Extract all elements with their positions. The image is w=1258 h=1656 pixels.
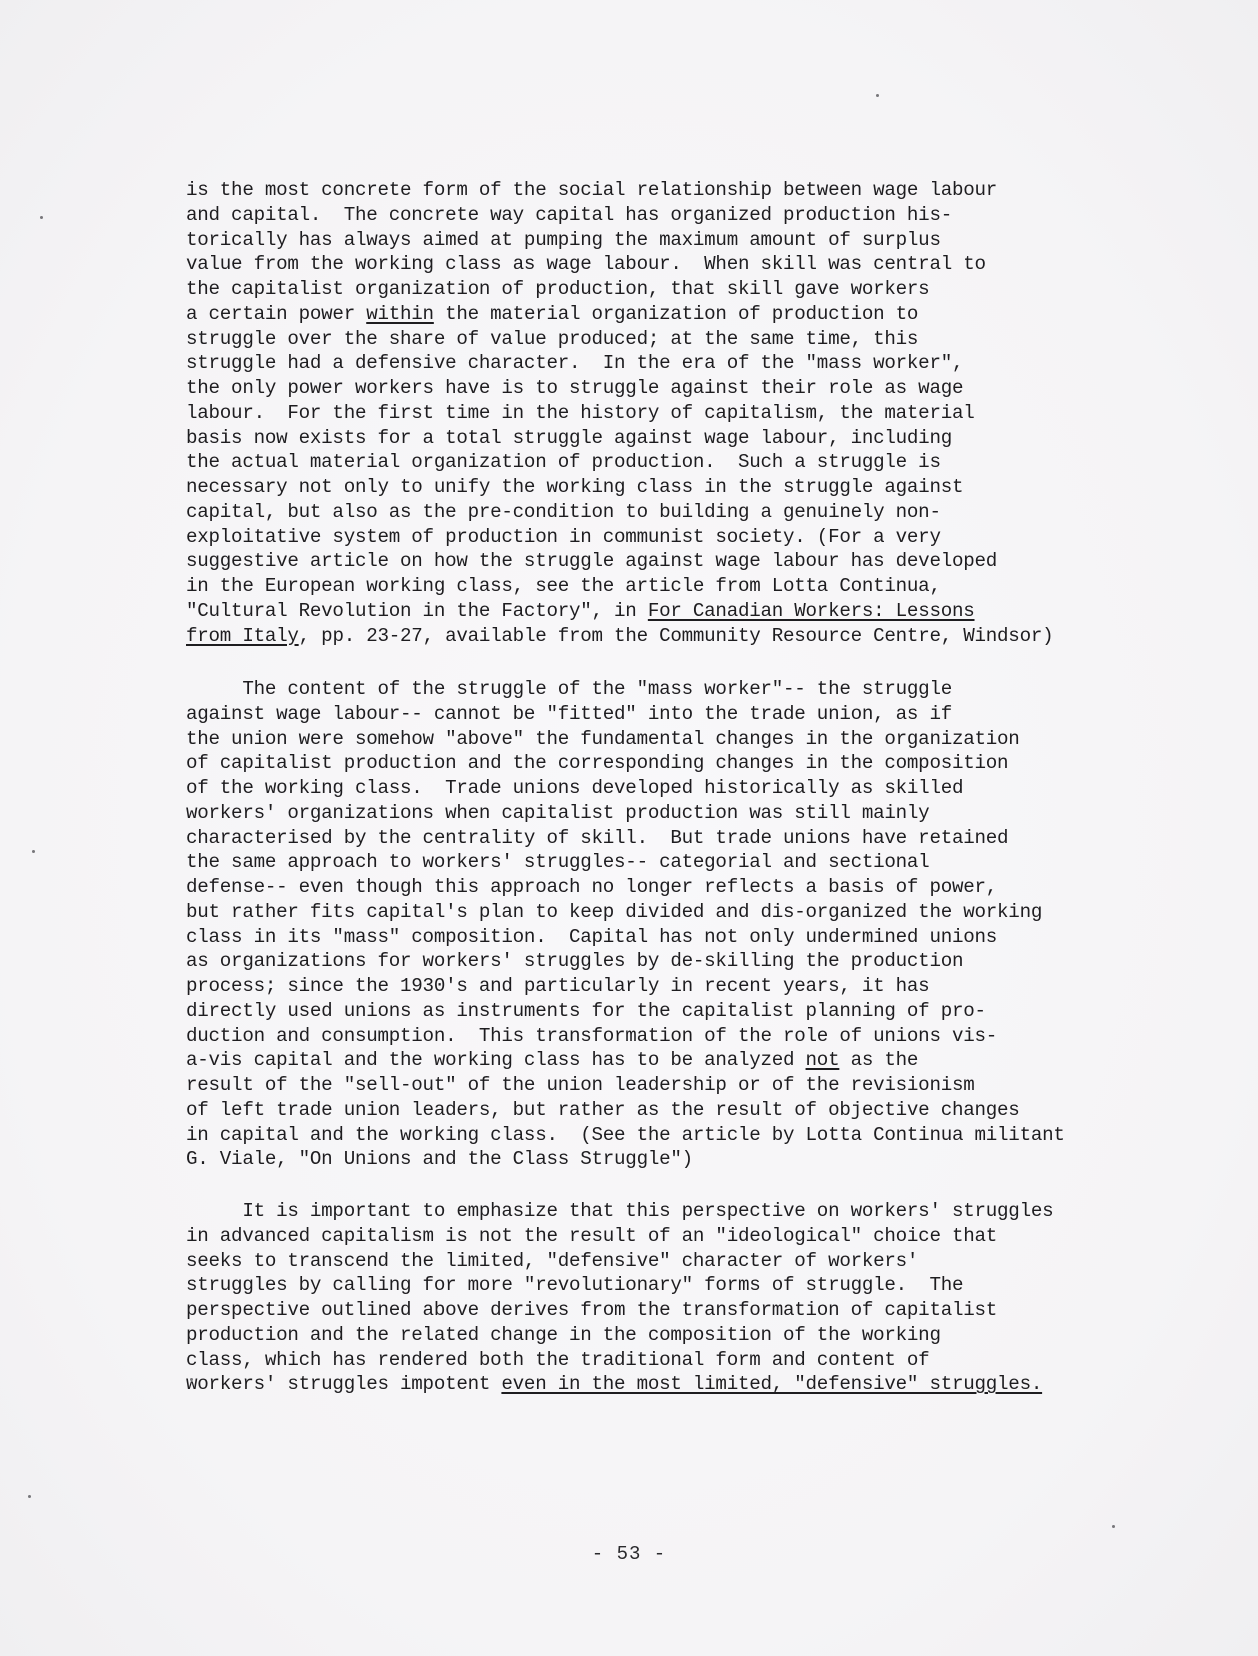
text-line: the only power workers have is to strugg… bbox=[186, 376, 1053, 401]
text-run: exploitative system of production in com… bbox=[186, 526, 941, 548]
text-run: capital, but also as the pre-condition t… bbox=[186, 501, 941, 523]
text-line: and capital. The concrete way capital ha… bbox=[186, 203, 1053, 228]
document-page: is the most concrete form of the social … bbox=[0, 0, 1258, 1656]
text-run: production and the related change in the… bbox=[186, 1324, 941, 1346]
text-line: struggle over the share of value produce… bbox=[186, 327, 1053, 352]
text-line: against wage labour-- cannot be "fitted"… bbox=[186, 702, 1065, 727]
text-run: struggle over the share of value produce… bbox=[186, 328, 918, 350]
text-line: from Italy, pp. 23-27, available from th… bbox=[186, 624, 1053, 649]
text-run: a-vis capital and the working class has … bbox=[186, 1049, 806, 1071]
text-line: capital, but also as the pre-condition t… bbox=[186, 500, 1053, 525]
text-run: defense-- even though this approach no l… bbox=[186, 876, 997, 898]
text-run: in capital and the working class. (See t… bbox=[186, 1124, 1065, 1146]
text-run: of capitalist production and the corresp… bbox=[186, 752, 1008, 774]
text-run: as organizations for workers' struggles … bbox=[186, 950, 963, 972]
underlined-text: For Canadian Workers: Lessons bbox=[648, 600, 975, 622]
text-run: in advanced capitalism is not the result… bbox=[186, 1225, 997, 1247]
paragraph-2: The content of the struggle of the "mass… bbox=[186, 677, 1065, 1172]
text-run: struggle had a defensive character. In t… bbox=[186, 352, 963, 374]
underlined-text: within bbox=[366, 303, 434, 325]
text-run: "Cultural Revolution in the Factory", in bbox=[186, 600, 648, 622]
scan-speck bbox=[28, 1495, 31, 1498]
text-run: result of the "sell-out" of the union le… bbox=[186, 1074, 975, 1096]
text-line: of the working class. Trade unions devel… bbox=[186, 776, 1065, 801]
underlined-text: not bbox=[806, 1049, 840, 1071]
text-run: suggestive article on how the struggle a… bbox=[186, 550, 997, 572]
text-line: G. Viale, "On Unions and the Class Strug… bbox=[186, 1147, 1065, 1172]
text-run: necessary not only to unify the working … bbox=[186, 476, 963, 498]
text-line: defense-- even though this approach no l… bbox=[186, 875, 1065, 900]
paragraph-1: is the most concrete form of the social … bbox=[186, 178, 1053, 648]
text-run: characterised by the centrality of skill… bbox=[186, 827, 1008, 849]
text-line: class in its "mass" composition. Capital… bbox=[186, 925, 1065, 950]
text-run: duction and consumption. This transforma… bbox=[186, 1025, 997, 1047]
text-line: workers' organizations when capitalist p… bbox=[186, 801, 1065, 826]
text-line: the same approach to workers' struggles-… bbox=[186, 850, 1065, 875]
text-line: the capitalist organization of productio… bbox=[186, 277, 1053, 302]
text-line: The content of the struggle of the "mass… bbox=[186, 677, 1065, 702]
text-line: duction and consumption. This transforma… bbox=[186, 1024, 1065, 1049]
text-run: the same approach to workers' struggles-… bbox=[186, 851, 929, 873]
text-run: struggles by calling for more "revolutio… bbox=[186, 1274, 963, 1296]
scan-speck bbox=[876, 94, 879, 97]
text-run: basis now exists for a total struggle ag… bbox=[186, 427, 952, 449]
text-run: but rather fits capital's plan to keep d… bbox=[186, 901, 1042, 923]
text-run: G. Viale, "On Unions and the Class Strug… bbox=[186, 1148, 693, 1170]
text-line: a certain power within the material orga… bbox=[186, 302, 1053, 327]
text-line: torically has always aimed at pumping th… bbox=[186, 228, 1053, 253]
text-line: the union were somehow "above" the funda… bbox=[186, 727, 1065, 752]
text-run: class in its "mass" composition. Capital… bbox=[186, 926, 997, 948]
text-run: workers' organizations when capitalist p… bbox=[186, 802, 929, 824]
underlined-text: from Italy bbox=[186, 625, 299, 647]
underlined-text: even in the most limited, "defensive" st… bbox=[501, 1373, 1042, 1395]
text-run: the union were somehow "above" the funda… bbox=[186, 728, 1020, 750]
text-line: a-vis capital and the working class has … bbox=[186, 1048, 1065, 1073]
text-line: but rather fits capital's plan to keep d… bbox=[186, 900, 1065, 925]
text-run: workers' struggles impotent bbox=[186, 1373, 501, 1395]
text-run: torically has always aimed at pumping th… bbox=[186, 229, 941, 251]
text-line: value from the working class as wage lab… bbox=[186, 252, 1053, 277]
text-line: exploitative system of production in com… bbox=[186, 525, 1053, 550]
text-line: necessary not only to unify the working … bbox=[186, 475, 1053, 500]
text-line: "Cultural Revolution in the Factory", in… bbox=[186, 599, 1053, 624]
text-line: suggestive article on how the struggle a… bbox=[186, 549, 1053, 574]
text-run: perspective outlined above derives from … bbox=[186, 1299, 997, 1321]
text-line: seeks to transcend the limited, "defensi… bbox=[186, 1249, 1053, 1274]
text-line: in advanced capitalism is not the result… bbox=[186, 1224, 1053, 1249]
text-run: class, which has rendered both the tradi… bbox=[186, 1349, 929, 1371]
text-line: process; since the 1930's and particular… bbox=[186, 974, 1065, 999]
text-line: basis now exists for a total struggle ag… bbox=[186, 426, 1053, 451]
text-run: a certain power bbox=[186, 303, 366, 325]
text-line: class, which has rendered both the tradi… bbox=[186, 1348, 1053, 1373]
text-line: of left trade union leaders, but rather … bbox=[186, 1098, 1065, 1123]
text-run: the material organization of production … bbox=[434, 303, 918, 325]
text-run: , pp. 23-27, available from the Communit… bbox=[299, 625, 1054, 647]
paragraph-3: It is important to emphasize that this p… bbox=[186, 1199, 1053, 1397]
text-line: workers' struggles impotent even in the … bbox=[186, 1372, 1053, 1397]
text-run: the actual material organization of prod… bbox=[186, 451, 941, 473]
text-line: the actual material organization of prod… bbox=[186, 450, 1053, 475]
text-line: characterised by the centrality of skill… bbox=[186, 826, 1065, 851]
text-run: the only power workers have is to strugg… bbox=[186, 377, 963, 399]
text-run: and capital. The concrete way capital ha… bbox=[186, 204, 952, 226]
text-run: against wage labour-- cannot be "fitted"… bbox=[186, 703, 952, 725]
text-run: as the bbox=[839, 1049, 918, 1071]
text-line: struggles by calling for more "revolutio… bbox=[186, 1273, 1053, 1298]
text-run: It is important to emphasize that this p… bbox=[186, 1200, 1053, 1222]
text-run: the capitalist organization of productio… bbox=[186, 278, 929, 300]
text-run: labour. For the first time in the histor… bbox=[186, 402, 975, 424]
text-line: It is important to emphasize that this p… bbox=[186, 1199, 1053, 1224]
text-run: directly used unions as instruments for … bbox=[186, 1000, 986, 1022]
text-run: of left trade union leaders, but rather … bbox=[186, 1099, 1020, 1121]
text-line: is the most concrete form of the social … bbox=[186, 178, 1053, 203]
text-run: in the European working class, see the a… bbox=[186, 575, 941, 597]
text-line: perspective outlined above derives from … bbox=[186, 1298, 1053, 1323]
text-line: in the European working class, see the a… bbox=[186, 574, 1053, 599]
page-number: - 53 - bbox=[0, 1543, 1258, 1565]
text-line: of capitalist production and the corresp… bbox=[186, 751, 1065, 776]
scan-speck bbox=[32, 850, 35, 853]
text-line: in capital and the working class. (See t… bbox=[186, 1123, 1065, 1148]
text-run: is the most concrete form of the social … bbox=[186, 179, 997, 201]
text-run: value from the working class as wage lab… bbox=[186, 253, 986, 275]
text-line: struggle had a defensive character. In t… bbox=[186, 351, 1053, 376]
text-run: of the working class. Trade unions devel… bbox=[186, 777, 963, 799]
text-line: production and the related change in the… bbox=[186, 1323, 1053, 1348]
text-run: seeks to transcend the limited, "defensi… bbox=[186, 1250, 918, 1272]
text-line: directly used unions as instruments for … bbox=[186, 999, 1065, 1024]
text-run: The content of the struggle of the "mass… bbox=[186, 678, 952, 700]
text-line: as organizations for workers' struggles … bbox=[186, 949, 1065, 974]
scan-speck bbox=[1112, 1525, 1115, 1528]
scan-speck bbox=[190, 1378, 193, 1381]
text-line: labour. For the first time in the histor… bbox=[186, 401, 1053, 426]
text-run: process; since the 1930's and particular… bbox=[186, 975, 929, 997]
scan-speck bbox=[40, 216, 43, 219]
text-line: result of the "sell-out" of the union le… bbox=[186, 1073, 1065, 1098]
